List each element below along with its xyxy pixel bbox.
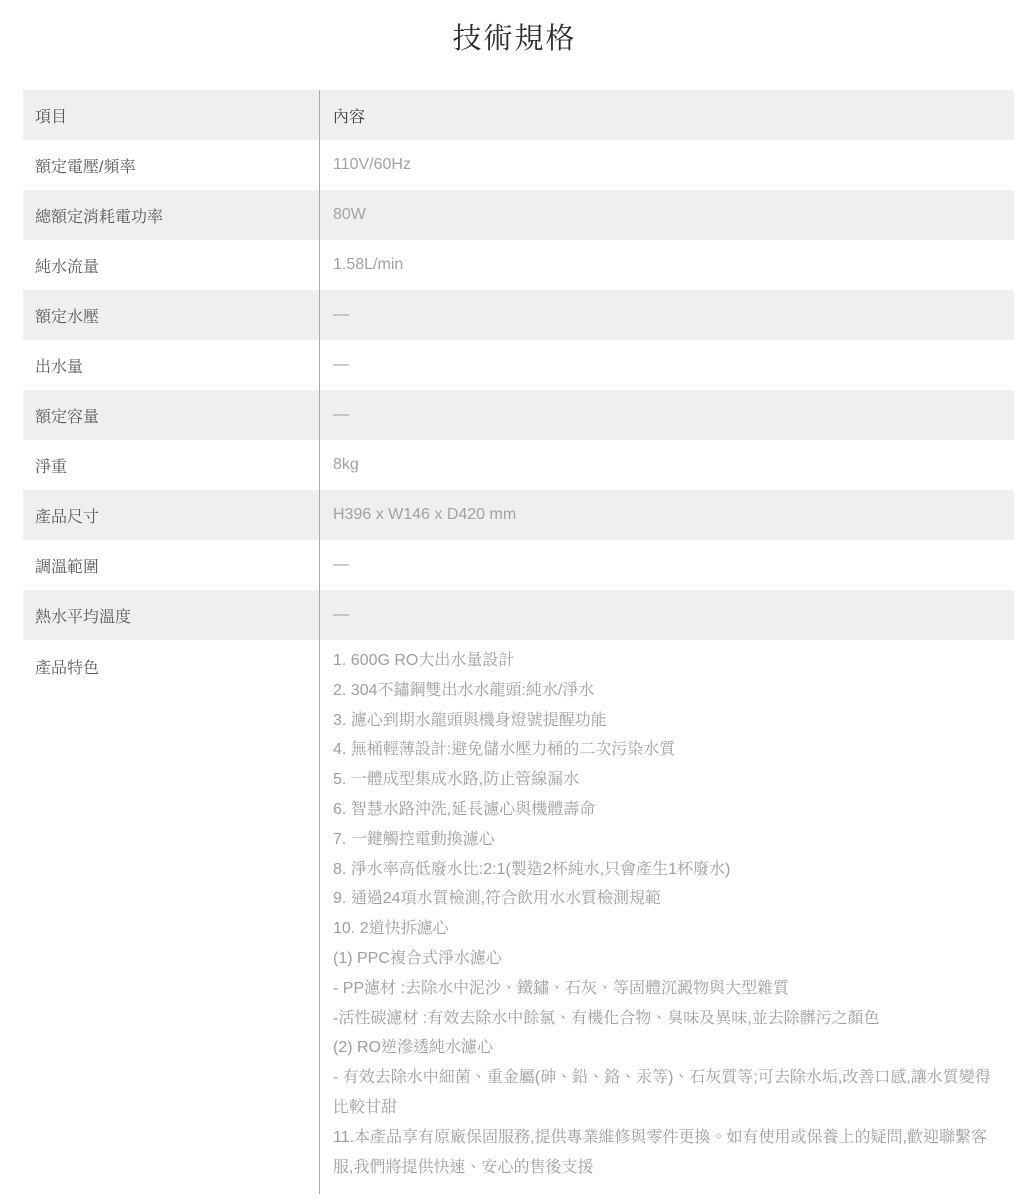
- feature-line: - 有效去除水中細菌、重金屬(砷、鉛、鉻、汞等)、石灰質等;可去除水垢,改善口感…: [333, 1063, 1006, 1123]
- feature-line: 11.本產品享有原廠保固服務,提供專業維修與零件更換。如有使用或保養上的疑問,歡…: [333, 1123, 1006, 1183]
- spec-value: 80W: [320, 190, 1014, 240]
- feature-lines: 1. 600G RO大出水量設計2. 304不鏽鋼雙出水水龍頭:純水/淨水3. …: [320, 640, 1014, 1194]
- header-content-label: 內容: [320, 90, 1014, 140]
- spec-table: 項目 內容 額定電壓/頻率 110V/60Hz 總額定消耗電功率 80W 純水流…: [23, 90, 1014, 1194]
- spec-row: 額定電壓/頻率 110V/60Hz: [23, 140, 1014, 190]
- spec-row: 額定容量 —: [23, 390, 1014, 440]
- spec-value: 8kg: [320, 440, 1014, 490]
- feature-line: -活性碳濾材 :有效去除水中餘氯、有機化合物、臭味及異味,並去除髒污之顏色: [333, 1004, 1006, 1034]
- spec-value: 110V/60Hz: [320, 140, 1014, 190]
- spec-row: 產品尺寸 H396 x W146 x D420 mm: [23, 490, 1014, 540]
- feature-line: 2. 304不鏽鋼雙出水水龍頭:純水/淨水: [333, 676, 1006, 706]
- spec-row: 出水量 —: [23, 340, 1014, 390]
- spec-features-row: 產品特色 1. 600G RO大出水量設計2. 304不鏽鋼雙出水水龍頭:純水/…: [23, 640, 1014, 1194]
- spec-label: 淨重: [23, 440, 320, 490]
- spec-label: 產品尺寸: [23, 490, 320, 540]
- spec-value: —: [320, 340, 1014, 390]
- feature-line: 4. 無桶輕薄設計:避免儲水壓力桶的二次污染水質: [333, 735, 1006, 765]
- feature-line: 1. 600G RO大出水量設計: [333, 646, 1006, 676]
- feature-line: 5. 一體成型集成水路,防止管線漏水: [333, 765, 1006, 795]
- spec-value: H396 x W146 x D420 mm: [320, 490, 1014, 540]
- feature-line: 7. 一鍵觸控電動換濾心: [333, 825, 1006, 855]
- feature-line: (2) RO逆滲透純水濾心: [333, 1033, 1006, 1063]
- spec-row: 熱水平均溫度 —: [23, 590, 1014, 640]
- spec-row: 總額定消耗電功率 80W: [23, 190, 1014, 240]
- spec-value: —: [320, 290, 1014, 340]
- feature-line: 6. 智慧水路沖洗,延長濾心與機體壽命: [333, 795, 1006, 825]
- spec-label: 出水量: [23, 340, 320, 390]
- spec-row: 額定水壓 —: [23, 290, 1014, 340]
- spec-value: —: [320, 590, 1014, 640]
- feature-line: 3. 濾心到期水龍頭與機身燈號提醒功能: [333, 706, 1006, 736]
- spec-label: 額定容量: [23, 390, 320, 440]
- spec-value: —: [320, 540, 1014, 590]
- page-title: 技術規格: [0, 0, 1029, 57]
- spec-label: 調溫範圍: [23, 540, 320, 590]
- spec-label: 純水流量: [23, 240, 320, 290]
- feature-line: (1) PPC複合式淨水濾心: [333, 944, 1006, 974]
- spec-features-label: 產品特色: [23, 640, 320, 1194]
- header-item-label: 項目: [23, 90, 320, 140]
- feature-line: - PP濾材 :去除水中泥沙、鐵鏽、石灰、等固體沉澱物與大型雜質: [333, 974, 1006, 1004]
- spec-row: 調溫範圍 —: [23, 540, 1014, 590]
- spec-header-row: 項目 內容: [23, 90, 1014, 140]
- spec-row: 淨重 8kg: [23, 440, 1014, 490]
- spec-value: 1.58L/min: [320, 240, 1014, 290]
- spec-rows: 額定電壓/頻率 110V/60Hz 總額定消耗電功率 80W 純水流量 1.58…: [23, 140, 1014, 640]
- spec-value: —: [320, 390, 1014, 440]
- feature-line: 10. 2道快拆濾心: [333, 914, 1006, 944]
- spec-label: 額定水壓: [23, 290, 320, 340]
- spec-label: 總額定消耗電功率: [23, 190, 320, 240]
- spec-label: 熱水平均溫度: [23, 590, 320, 640]
- spec-label: 額定電壓/頻率: [23, 140, 320, 190]
- feature-line: 8. 淨水率高低廢水比:2:1(製造2杯純水,只會產生1杯廢水): [333, 855, 1006, 885]
- feature-line: 9. 通過24項水質檢測,符合飲用水水質檢測規範: [333, 884, 1006, 914]
- spec-page: 技術規格 項目 內容 額定電壓/頻率 110V/60Hz 總額定消耗電功率 80…: [0, 0, 1029, 1194]
- spec-row: 純水流量 1.58L/min: [23, 240, 1014, 290]
